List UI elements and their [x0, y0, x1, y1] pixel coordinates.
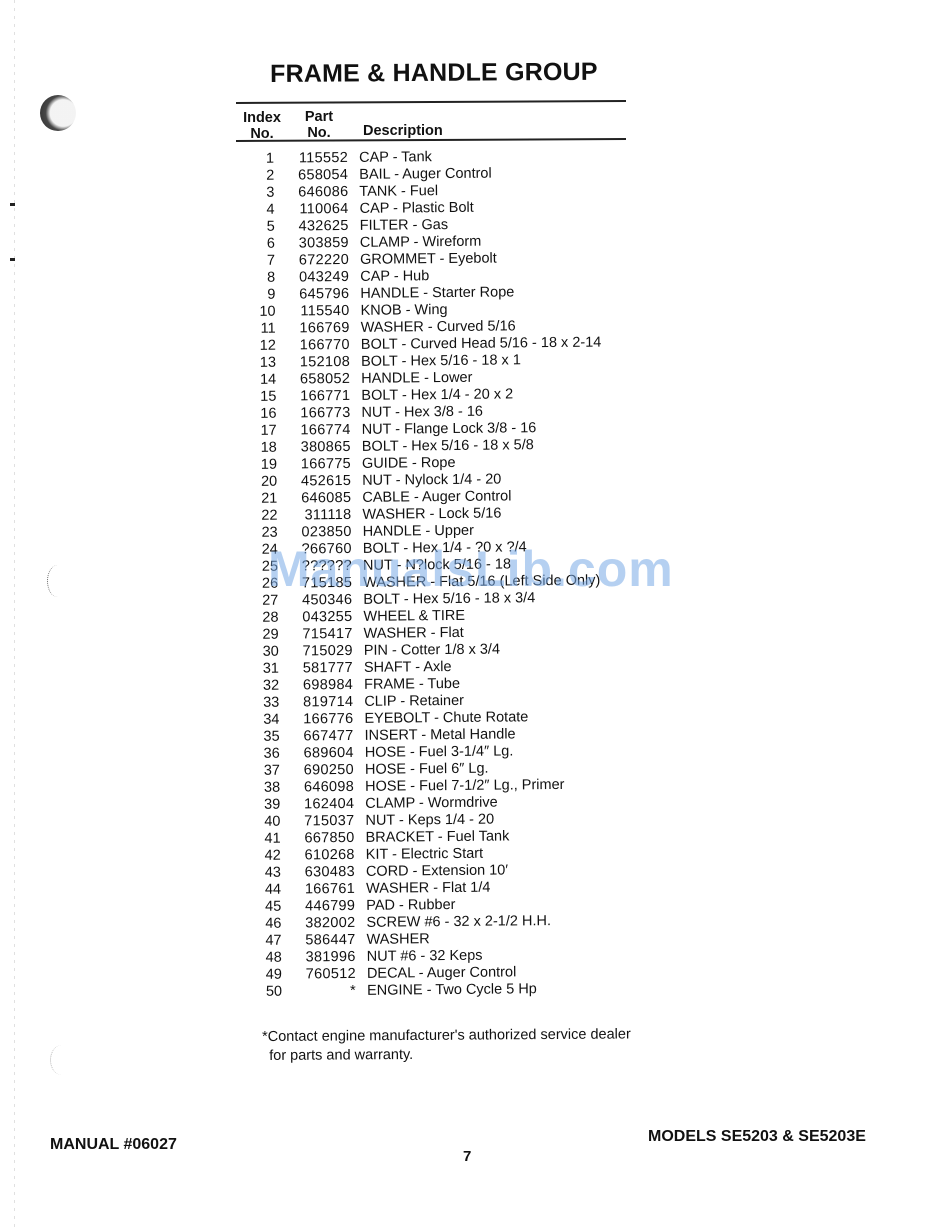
part-number-cell: 166769 — [290, 320, 361, 338]
index-cell: 43 — [247, 865, 295, 882]
index-cell: 47 — [248, 933, 296, 950]
index-cell: 50 — [248, 984, 296, 1001]
index-cell: 7 — [241, 253, 289, 270]
part-number-cell: 166775 — [291, 456, 362, 474]
part-number-cell: 715037 — [294, 813, 365, 831]
index-cell: 12 — [242, 338, 290, 355]
description-cell: ENGINE - Two Cycle 5 Hp — [367, 980, 668, 1000]
part-number-cell: 450346 — [292, 592, 363, 610]
index-cell: 32 — [245, 678, 293, 695]
scan-mark — [10, 258, 15, 261]
part-number-cell: 645796 — [289, 286, 360, 304]
part-number-cell: 432625 — [289, 218, 360, 236]
part-number-cell: 152108 — [290, 354, 361, 372]
index-cell: 22 — [243, 508, 291, 525]
index-cell: 28 — [244, 610, 292, 627]
part-number-cell: 023850 — [292, 524, 363, 542]
index-cell: 16 — [242, 406, 290, 423]
index-cell: 38 — [246, 780, 294, 797]
scan-mark — [10, 203, 15, 206]
part-number-cell: 115540 — [289, 303, 360, 321]
index-cell: 41 — [247, 831, 295, 848]
part-number-cell: ?66760 — [292, 541, 363, 559]
index-cell: 10 — [241, 304, 289, 321]
part-number-cell: 667850 — [295, 830, 366, 848]
column-header-index: Index No. — [240, 110, 284, 142]
index-cell: 11 — [242, 321, 290, 338]
column-header-description: Description — [363, 123, 443, 139]
index-cell: 19 — [243, 457, 291, 474]
index-cell: 45 — [247, 899, 295, 916]
part-number-cell: 581777 — [293, 660, 364, 678]
index-cell: 14 — [242, 372, 290, 389]
index-cell: 1 — [240, 151, 288, 168]
index-cell: 3 — [240, 185, 288, 202]
index-cell: 6 — [241, 236, 289, 253]
part-number-cell: 646086 — [288, 184, 359, 202]
part-number-cell: 166776 — [293, 711, 364, 729]
part-number-cell: 672220 — [289, 252, 360, 270]
part-number-cell: 667477 — [294, 728, 365, 746]
part-number-cell: 646098 — [294, 779, 365, 797]
footnote-line-2: for parts and warranty. — [262, 1044, 631, 1066]
part-number-cell: 715417 — [293, 626, 364, 644]
page-edge-artifact — [14, 0, 15, 1232]
scan-smudge — [50, 1045, 73, 1075]
part-number-cell: 646085 — [291, 490, 362, 508]
index-cell: 21 — [243, 491, 291, 508]
index-cell: 13 — [242, 355, 290, 372]
footnote: *Contact engine manufacturer's authorize… — [262, 1025, 631, 1066]
part-number-cell: 381996 — [296, 949, 367, 967]
column-header-part: Part No. — [299, 109, 339, 141]
index-cell: 44 — [247, 882, 295, 899]
index-cell: 27 — [244, 593, 292, 610]
index-cell: 9 — [241, 287, 289, 304]
part-number-cell: 689604 — [294, 745, 365, 763]
header-rule-top — [236, 100, 626, 104]
index-cell: 15 — [242, 389, 290, 406]
part-number-cell: 311118 — [291, 507, 362, 525]
punch-hole-icon — [40, 95, 76, 131]
index-cell: 33 — [245, 695, 293, 712]
part-number-cell: 303859 — [289, 235, 360, 253]
index-cell: 30 — [245, 644, 293, 661]
index-cell: 4 — [240, 202, 288, 219]
index-cell: 40 — [246, 814, 294, 831]
part-number-cell: 610268 — [295, 847, 366, 865]
index-cell: 29 — [245, 627, 293, 644]
part-number-cell: 166771 — [290, 388, 361, 406]
scan-smudge — [47, 565, 68, 597]
index-cell: 25 — [244, 559, 292, 576]
index-cell: 8 — [241, 270, 289, 287]
part-number-cell: 110064 — [288, 201, 359, 219]
part-number-cell: 630483 — [295, 864, 366, 882]
table-row: 50*ENGINE - Two Cycle 5 Hp — [248, 980, 668, 1001]
page-number: 7 — [463, 1148, 471, 1165]
part-number-cell: 658052 — [290, 371, 361, 389]
part-number-cell: * — [296, 983, 367, 1001]
part-number-cell: 715029 — [293, 643, 364, 661]
part-number-cell: 166761 — [295, 881, 366, 899]
index-cell: 18 — [243, 440, 291, 457]
index-cell: 35 — [246, 729, 294, 746]
part-number-cell: 162404 — [294, 796, 365, 814]
part-number-cell: 043249 — [289, 269, 360, 287]
part-number-cell: 760512 — [296, 966, 367, 984]
index-cell: 23 — [244, 525, 292, 542]
part-number-cell: 043255 — [292, 609, 363, 627]
footnote-line-1: *Contact engine manufacturer's authorize… — [262, 1025, 631, 1047]
index-cell: 36 — [246, 746, 294, 763]
part-number-cell: 698984 — [293, 677, 364, 695]
index-cell: 37 — [246, 763, 294, 780]
part-number-cell: 452615 — [291, 473, 362, 491]
part-number-cell: 115552 — [288, 150, 359, 168]
part-number-cell: 166770 — [290, 337, 361, 355]
part-number-cell: 382002 — [295, 915, 366, 933]
part-number-cell: 658054 — [288, 167, 359, 185]
index-cell: 17 — [243, 423, 291, 440]
index-cell: 39 — [246, 797, 294, 814]
index-cell: 34 — [245, 712, 293, 729]
parts-table: 1115552CAP - Tank2658054BAIL - Auger Con… — [240, 147, 668, 1001]
index-cell: 46 — [247, 916, 295, 933]
index-cell: 5 — [241, 219, 289, 236]
part-number-cell: 690250 — [294, 762, 365, 780]
part-number-cell: 446799 — [295, 898, 366, 916]
index-cell: 48 — [248, 950, 296, 967]
index-cell: 24 — [244, 542, 292, 559]
manual-number: MANUAL #06027 — [50, 1136, 177, 1154]
part-number-cell: 819714 — [293, 694, 364, 712]
part-number-cell: 715185 — [292, 575, 363, 593]
index-cell: 42 — [247, 848, 295, 865]
page-title: FRAME & HANDLE GROUP — [270, 58, 598, 89]
index-cell: 2 — [240, 168, 288, 185]
part-number-cell: ?????? — [292, 558, 363, 576]
index-cell: 20 — [243, 474, 291, 491]
part-number-cell: 166773 — [290, 405, 361, 423]
index-cell: 31 — [245, 661, 293, 678]
models-label: MODELS SE5203 & SE5203E — [648, 1128, 866, 1146]
part-number-cell: 380865 — [291, 439, 362, 457]
header-rule-bottom — [236, 138, 626, 142]
index-cell: 26 — [244, 576, 292, 593]
part-number-cell: 166774 — [291, 422, 362, 440]
part-number-cell: 586447 — [296, 932, 367, 950]
index-cell: 49 — [248, 967, 296, 984]
